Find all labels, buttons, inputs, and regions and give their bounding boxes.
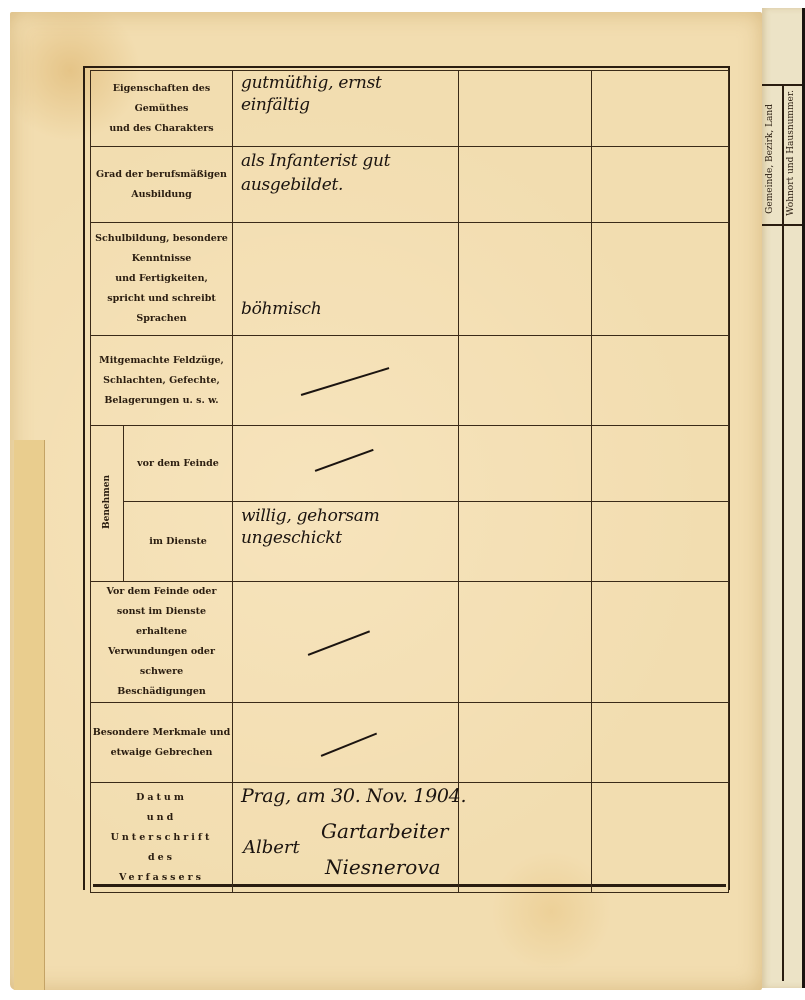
entry-cell — [233, 336, 459, 426]
signature-line-1: Gartarbeiter — [321, 819, 448, 843]
label-line: Beschädigungen — [91, 682, 232, 702]
entry-cell: als Infanterist gut ausgebildet. — [233, 147, 459, 223]
entry-cell: willig, gehorsam ungeschickt — [233, 502, 459, 582]
label-line: Kenntnisse — [91, 249, 232, 269]
strip-label-wohnort: Wohnort und Hausnummer. — [786, 90, 796, 216]
empty-cell — [592, 336, 729, 426]
strike-dash — [321, 733, 377, 757]
form-row-features: Besondere Merkmale und etwaige Gebrechen — [91, 703, 729, 783]
adjacent-page-strip: Gemeinde, Bezirk, Land Wohnort und Hausn… — [762, 8, 805, 988]
torn-left-edge — [14, 440, 45, 990]
form-row-conduct-service: im Dienste willig, gehorsam ungeschickt — [91, 502, 729, 582]
label-line: im Dienste — [124, 532, 232, 552]
strike-dash — [315, 449, 374, 472]
record-form-table: Eigenschaften des Gemüthes und des Chara… — [90, 70, 729, 893]
form-row-date-signature: Datum und Unterschrift des Verfassers Pr… — [91, 783, 729, 893]
label-line: Verfassers — [91, 868, 232, 888]
entry-cell — [233, 703, 459, 783]
strip-label-gemeinde: Gemeinde, Bezirk, Land — [765, 104, 775, 214]
entry-cell: Prag, am 30. Nov. 1904. Gartarbeiter Alb… — [233, 783, 459, 893]
strip-top-rule — [762, 84, 805, 86]
empty-cell — [459, 223, 592, 336]
empty-cell — [459, 582, 592, 703]
empty-cell — [592, 582, 729, 703]
label-line: und Fertigkeiten, — [91, 269, 232, 289]
label-line: Schulbildung, besondere — [91, 229, 232, 249]
empty-cell — [459, 147, 592, 223]
label-line: Ausbildung — [91, 185, 232, 205]
row-label: Besondere Merkmale und etwaige Gebrechen — [91, 703, 233, 783]
handwritten-entry: ungeschickt — [241, 528, 342, 548]
handwritten-entry: böhmisch — [241, 299, 321, 319]
label-line: Vor dem Feinde oder — [91, 582, 232, 602]
handwritten-entry: als Infanterist gut — [241, 151, 390, 171]
entry-cell: böhmisch — [233, 223, 459, 336]
empty-cell — [459, 336, 592, 426]
label-line: Grad der berufsmäßigen — [91, 165, 232, 185]
label-line: und des Charakters — [91, 119, 232, 139]
signature-first-name: Albert — [243, 837, 300, 858]
label-line: Datum — [91, 788, 232, 808]
row-label: vor dem Feinde — [124, 426, 233, 502]
handwritten-entry: willig, gehorsam — [241, 506, 379, 526]
label-line: etwaige Gebrechen — [91, 743, 232, 763]
group-label-text: Benehmen — [102, 475, 112, 529]
empty-cell — [592, 426, 729, 502]
strip-vertical-rule — [782, 86, 784, 981]
row-label: Eigenschaften des Gemüthes und des Chara… — [91, 71, 233, 147]
label-line: Belagerungen u. s. w. — [91, 391, 232, 411]
empty-cell — [592, 71, 729, 147]
form-row-campaigns: Mitgemachte Feldzüge, Schlachten, Gefech… — [91, 336, 729, 426]
label-line: und — [91, 808, 232, 828]
empty-cell — [459, 426, 592, 502]
form-row-injuries: Vor dem Feinde oder sonst im Dienste erh… — [91, 582, 729, 703]
label-line: Eigenschaften des Gemüthes — [91, 79, 232, 119]
label-line: vor dem Feinde — [124, 454, 232, 474]
label-line: Mitgemachte Feldzüge, — [91, 351, 232, 371]
row-label: Mitgemachte Feldzüge, Schlachten, Gefech… — [91, 336, 233, 426]
strike-dash — [308, 630, 370, 655]
handwritten-date: Prag, am 30. Nov. 1904. — [241, 785, 466, 807]
handwritten-entry: gutmüthig, ernst — [241, 73, 382, 93]
form-row-education: Schulbildung, besondere Kenntnisse und F… — [91, 223, 729, 336]
entry-cell — [233, 582, 459, 703]
empty-cell — [459, 783, 592, 893]
row-label: Vor dem Feinde oder sonst im Dienste erh… — [91, 582, 233, 703]
label-line: Schlachten, Gefechte, — [91, 371, 232, 391]
entry-cell: gutmüthig, ernst einfältig — [233, 71, 459, 147]
empty-cell — [459, 71, 592, 147]
handwritten-entry: einfältig — [241, 95, 310, 115]
strike-dash — [301, 367, 389, 395]
row-label: Grad der berufsmäßigen Ausbildung — [91, 147, 233, 223]
form-row-character: Eigenschaften des Gemüthes und des Chara… — [91, 71, 729, 147]
form-row-training: Grad der berufsmäßigen Ausbildung als In… — [91, 147, 729, 223]
empty-cell — [592, 502, 729, 582]
label-line: des — [91, 848, 232, 868]
label-line: sonst im Dienste erhaltene — [91, 602, 232, 642]
label-line: Besondere Merkmale und — [91, 723, 232, 743]
label-line: spricht und schreibt — [91, 289, 232, 309]
row-label: im Dienste — [124, 502, 233, 582]
empty-cell — [592, 147, 729, 223]
signature-surname: Niesnerova — [325, 855, 441, 879]
empty-cell — [459, 502, 592, 582]
row-label: Schulbildung, besondere Kenntnisse und F… — [91, 223, 233, 336]
row-label: Datum und Unterschrift des Verfassers — [91, 783, 233, 893]
empty-cell — [459, 703, 592, 783]
label-line: Verwundungen oder schwere — [91, 642, 232, 682]
empty-cell — [592, 783, 729, 893]
label-line: Unterschrift — [91, 828, 232, 848]
empty-cell — [592, 223, 729, 336]
form-row-conduct-enemy: Benehmen vor dem Feinde — [91, 426, 729, 502]
empty-cell — [592, 703, 729, 783]
entry-cell — [233, 426, 459, 502]
group-label-benehmen: Benehmen — [91, 426, 124, 582]
handwritten-entry: ausgebildet. — [241, 175, 343, 195]
label-line: Sprachen — [91, 309, 232, 329]
strip-mid-rule — [762, 224, 805, 226]
